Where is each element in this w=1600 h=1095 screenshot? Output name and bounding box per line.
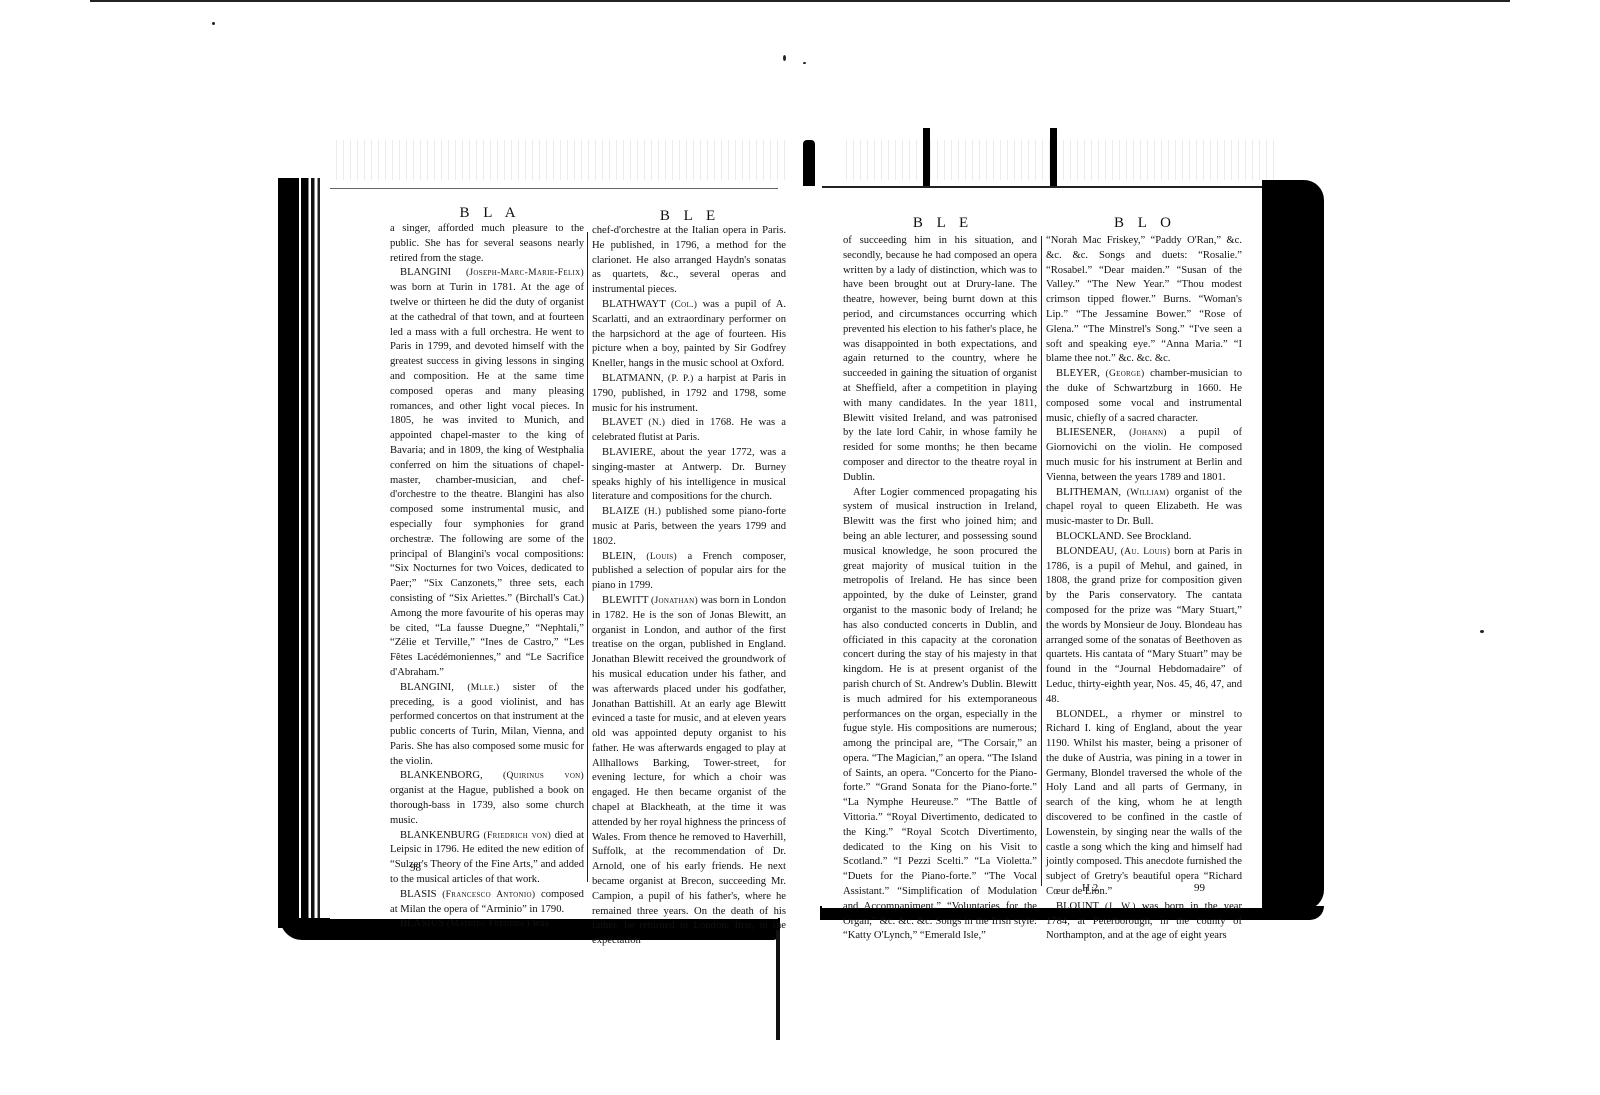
dictionary-entry: BLEYER, (George) chamber-musician to the… [1046, 367, 1242, 426]
entry-given-name: (Louis) [646, 552, 677, 562]
entry-given-name: (J. W.) [1105, 902, 1136, 912]
page-edge-haze [330, 140, 790, 180]
entry-name: BLAVET [602, 417, 648, 428]
text-column: chef-d'orchestre at the Italian opera in… [592, 224, 786, 949]
page-number: 99 [1194, 882, 1205, 894]
dictionary-entry: BLEIN, (Louis) a French composer, publis… [592, 550, 786, 594]
dictionary-entry: BLAIZE (H.) published some piano-forte m… [592, 505, 786, 549]
entry-name: BLOUNT [1056, 901, 1105, 912]
paragraph: of succeeding him in his situation, and … [843, 234, 1037, 486]
dictionary-entry: BLAVET (N.) died in 1768. He was a celeb… [592, 416, 786, 446]
dictionary-entry: BLONDEAU, (Au. Louis) born at Paris in 1… [1046, 545, 1242, 708]
scan-top-border [90, 0, 1510, 2]
page-tab [923, 128, 930, 186]
dictionary-entry: BLATMANN, (P. P.) a harpist at Paris in … [592, 372, 786, 416]
dictionary-entry: BLEWITT (Jonathan) was born in London in… [592, 594, 786, 949]
dictionary-entry: BLITHEMAN, (William) organist of the cha… [1046, 486, 1242, 530]
dictionary-entry: BLATHWAYT (Col.) was a pupil of A. Scarl… [592, 298, 786, 372]
dictionary-entry: BLONDEL, a rhymer or minstrel to Richard… [1046, 708, 1242, 900]
column-rule [587, 232, 588, 882]
running-head: B L E [843, 215, 1043, 232]
entry-name: BLIESENER, [1056, 427, 1129, 438]
entry-name: BLEWITT [602, 595, 651, 606]
entry-given-name: (Francesco Antonio) [442, 890, 535, 900]
entry-given-name: (Mathieu Frederic) [447, 919, 530, 929]
paragraph: a singer, afforded much pleasure to the … [390, 222, 584, 266]
dictionary-entry: BLANKENBURG (Friedrich von) died at Leip… [390, 829, 584, 888]
dictionary-entry: BLANGINI, (Mlle.) sister of the precedin… [390, 681, 584, 770]
page-tab [1050, 128, 1057, 186]
entry-name: BLANKENBURG [400, 830, 484, 841]
entry-name: BLEYER, [1056, 368, 1106, 379]
left-book-edge [278, 178, 333, 928]
text-column: “Norah Mac Friskey,” “Paddy O'Ran,” &c. … [1046, 234, 1242, 944]
entry-name: BLONDEAU, [1056, 546, 1121, 557]
paragraph: chef-d'orchestre at the Italian opera in… [592, 224, 786, 298]
dictionary-entry: BLASIUS (Mathieu Frederic) was [390, 917, 584, 932]
dictionary-entry: BLIESENER, (Johann) a pupil of Giornovic… [1046, 426, 1242, 485]
dictionary-entry: BLOCKLAND. See Brockland. [1046, 530, 1242, 545]
column-rule [1041, 236, 1042, 886]
entry-given-name: (N.) [648, 418, 665, 428]
entry-given-name: (Au. Louis) [1121, 547, 1171, 557]
entry-given-name: (Quirinus von) [503, 771, 584, 781]
running-head: B L E [590, 208, 790, 225]
paragraph: “Norah Mac Friskey,” “Paddy O'Ran,” &c. … [1046, 234, 1242, 367]
page-tab [803, 140, 815, 186]
entry-given-name: (Jonathan) [651, 596, 698, 606]
entry-given-name: (Friedrich von) [484, 831, 552, 841]
paragraph: After Logier commenced propagating his s… [843, 486, 1037, 945]
entry-name: BLATMANN, [602, 373, 668, 384]
entry-given-name: (P. P.) [668, 374, 694, 384]
scan-speck [1480, 630, 1484, 633]
scan-speck [212, 22, 215, 25]
running-head: B L O [1045, 215, 1245, 232]
scan-speck [783, 55, 786, 61]
scan-speck [803, 62, 806, 64]
dictionary-entry: BLASIS (Francesco Antonio) composed at M… [390, 888, 584, 918]
entry-given-name: (H.) [644, 507, 661, 517]
entry-given-name: (Mlle.) [467, 683, 499, 693]
dictionary-entry: BLOUNT (J. W.) was born in the year 1784… [1046, 900, 1242, 944]
entry-name: BLAVIERE, [602, 447, 661, 458]
entry-name: BLATHWAYT [602, 299, 671, 310]
entry-given-name: (Joseph-Marc-Marie-Felix) [466, 268, 584, 278]
entry-name: BLOCKLAND. [1056, 531, 1127, 542]
entry-given-name: (William) [1127, 488, 1170, 498]
entry-given-name: (Col.) [671, 300, 697, 310]
entry-name: BLANKENBORG, [400, 770, 503, 781]
running-head: B L A [390, 205, 590, 222]
page-edge-haze [840, 140, 1280, 180]
entry-name: BLASIS [400, 889, 442, 900]
entry-name: BLANGINI, [400, 682, 467, 693]
entry-name: BLONDEL, [1056, 709, 1117, 720]
entry-given-name: (Johann) [1129, 428, 1167, 438]
text-column: a singer, afforded much pleasure to the … [390, 222, 584, 932]
entry-name: BLITHEMAN, [1056, 487, 1127, 498]
entry-name: BLAIZE [602, 506, 644, 517]
dictionary-entry: BLANGINI (Joseph-Marc-Marie-Felix) was b… [390, 266, 584, 680]
entry-name: BLASIUS [400, 918, 447, 929]
entry-given-name: (George) [1106, 369, 1145, 379]
text-column: of succeeding him in his situation, and … [843, 234, 1037, 944]
entry-name: BLEIN, [602, 551, 646, 562]
signature-mark: H 2 [1082, 882, 1098, 894]
right-book-edge [1262, 180, 1324, 910]
dictionary-entry: BLAVIERE, about the year 1772, was a sin… [592, 446, 786, 505]
dictionary-entry: BLANKENBORG, (Quirinus von) organist at … [390, 769, 584, 828]
page-number: 98 [410, 862, 421, 874]
entry-name: BLANGINI [400, 267, 466, 278]
